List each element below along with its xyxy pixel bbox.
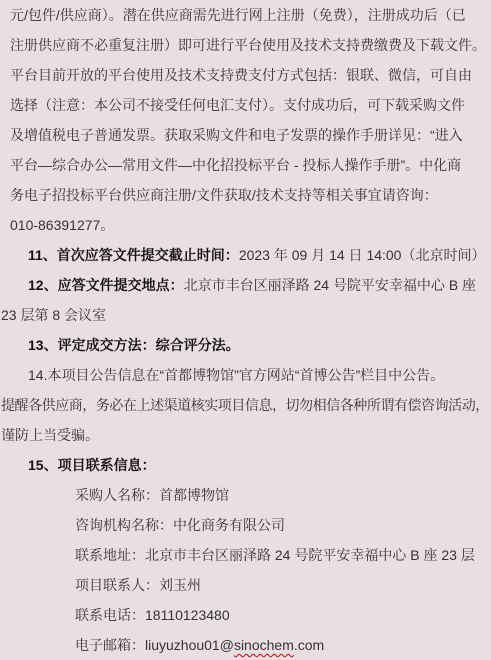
contact-text: 联系地址：北京市丰台区丽泽路 24 号院平安幸福中心 B 座 23 层 xyxy=(75,547,475,563)
doc-text: 平台—综合办公—常用文件—中化招投标平台 - 投标人操作手册”。中化商 xyxy=(10,157,461,173)
doc-line-item-14: 14.本项目公告信息在“首都博物馆”官方网站“首博公告”栏目中公告。 xyxy=(0,360,491,390)
doc-text: 平台目前开放的平台使用及技术支持费支付方式包括：银联、微信，可自由 xyxy=(10,67,472,83)
doc-line: 平台—综合办公—常用文件—中化招投标平台 - 投标人操作手册”。中化商 xyxy=(0,150,491,180)
doc-line: 及增值税电子普通发票。获取采购文件和电子发票的操作手册详见：“进入 xyxy=(0,120,491,150)
contact-text: 采购人名称：首都博物馆 xyxy=(75,487,229,503)
contact-agency-name: 咨询机构名称：中化商务有限公司 xyxy=(0,510,491,540)
item-11-value: 2023 年 09 月 14 日 14:00（北京时间） xyxy=(239,247,486,263)
doc-text: 选择（注意：本公司不接受任何电汇支付）。支付成功后，可下载采购文件 xyxy=(10,97,465,113)
item-14-text-continued: 提醒各供应商，务必在上述渠道核实项目信息，切勿相信各种所谓有偿咨询活动， xyxy=(1,397,489,413)
contact-phone: 联系电话：18110123480 xyxy=(0,600,491,630)
doc-line: 注册供应商不必重复注册）即可进行平台使用及技术支持费缴费及下载文件。 xyxy=(0,30,491,60)
item-11-label: 11、首次应答文件提交截止时间： xyxy=(28,247,239,263)
email-spellcheck-squiggle: sinochem xyxy=(234,637,294,653)
doc-text: 元/包件/供应商）。潜在供应商需先进行网上注册（免费），注册成功后（已 xyxy=(10,7,466,23)
contact-text: 联系电话：18110123480 xyxy=(75,607,230,623)
contact-text: 咨询机构名称：中化商务有限公司 xyxy=(75,517,285,533)
contact-person: 项目联系人：刘玉州 xyxy=(0,570,491,600)
document-page: 元/包件/供应商）。潜在供应商需先进行网上注册（免费），注册成功后（已 注册供应… xyxy=(0,0,491,660)
contact-text: 项目联系人：刘玉州 xyxy=(75,577,201,593)
item-12-label: 12、应答文件提交地点： xyxy=(28,277,184,293)
item-14-text-continued: 谨防上当受骗。 xyxy=(1,427,99,443)
email-text: 电子邮箱：liuyuzhou01@ xyxy=(75,637,234,653)
doc-text: 注册供应商不必重复注册）即可进行平台使用及技术支持费缴费及下载文件。 xyxy=(10,37,486,53)
doc-line: 元/包件/供应商）。潜在供应商需先进行网上注册（免费），注册成功后（已 xyxy=(0,0,491,30)
doc-line: 平台目前开放的平台使用及技术支持费支付方式包括：银联、微信，可自由 xyxy=(0,60,491,90)
doc-line: 23 层第 8 会议室 xyxy=(0,300,491,330)
doc-line-item-13: 13、评定成交方法：综合评分法。 xyxy=(0,330,491,360)
doc-text: 务电子招投标平台供应商注册/文件获取/技术支持等相关事宜请咨询： xyxy=(10,187,438,203)
doc-line: 提醒各供应商，务必在上述渠道核实项目信息，切勿相信各种所谓有偿咨询活动， xyxy=(0,390,491,420)
contact-buyer-name: 采购人名称：首都博物馆 xyxy=(0,480,491,510)
doc-text: 及增值税电子普通发票。获取采购文件和电子发票的操作手册详见：“进入 xyxy=(10,127,463,143)
item-15-label: 15、项目联系信息： xyxy=(28,457,156,473)
item-12-value-continued: 23 层第 8 会议室 xyxy=(1,307,106,323)
contact-address: 联系地址：北京市丰台区丽泽路 24 号院平安幸福中心 B 座 23 层 xyxy=(0,540,491,570)
item-12-value: 北京市丰台区丽泽路 24 号院平安幸福中心 B 座 xyxy=(184,277,476,293)
doc-line: 谨防上当受骗。 xyxy=(0,420,491,450)
doc-line-item-11: 11、首次应答文件提交截止时间：2023 年 09 月 14 日 14:00（北… xyxy=(0,240,491,270)
email-text: .com xyxy=(294,637,324,653)
doc-line: 选择（注意：本公司不接受任何电汇支付）。支付成功后，可下载采购文件 xyxy=(0,90,491,120)
platform-support-phone: 010-86391277。 xyxy=(10,217,114,233)
contact-email: 电子邮箱：liuyuzhou01@sinochem.com xyxy=(0,630,491,660)
doc-line: 务电子招投标平台供应商注册/文件获取/技术支持等相关事宜请咨询： xyxy=(0,180,491,210)
item-13-text: 13、评定成交方法：综合评分法。 xyxy=(28,337,240,353)
doc-line-item-12: 12、应答文件提交地点：北京市丰台区丽泽路 24 号院平安幸福中心 B 座 xyxy=(0,270,491,300)
doc-line doc-phone-line: 010-86391277。 xyxy=(0,210,491,240)
item-14-text: 14.本项目公告信息在“首都博物馆”官方网站“首博公告”栏目中公告。 xyxy=(28,367,444,383)
doc-line-item-15: 15、项目联系信息： xyxy=(0,450,491,480)
